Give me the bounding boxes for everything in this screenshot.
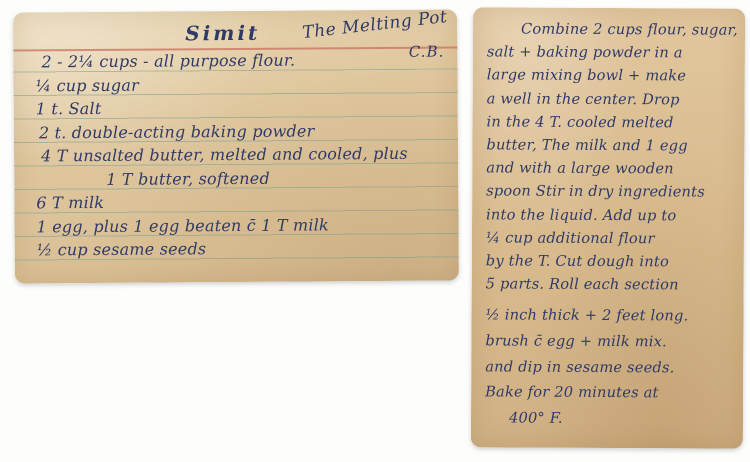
instruction-line: Bake for 20 minutes at [485, 380, 739, 407]
recipe-card-ingredients: Simit The Melting Pot C.B. 2 - 2¼ cups -… [13, 9, 459, 283]
recipe-card-instructions: Combine 2 cups flour, sugar, salt + baki… [471, 7, 745, 448]
ingredient-line: ½ cup sesame seeds [27, 235, 457, 262]
recipe-source: The Melting Pot [301, 7, 448, 43]
instruction-line: 400° F. [485, 405, 739, 432]
instruction-line: ¼ cup additional flour [486, 226, 740, 251]
ingredient-line: 4 T unsalted butter, melted and cooled, … [26, 141, 456, 168]
instructions-text: Combine 2 cups flour, sugar, salt + baki… [485, 17, 741, 432]
recipe-cards-photo: Simit The Melting Pot C.B. 2 - 2¼ cups -… [0, 0, 750, 462]
ingredients-list: 2 - 2¼ cups - all purpose flour. ¼ cup s… [25, 47, 456, 261]
ingredient-line: 6 T milk [26, 188, 456, 215]
instruction-line: spoon Stir in dry ingredients [486, 180, 740, 205]
ingredient-line: ¼ cup sugar [25, 71, 455, 98]
instruction-line: and with a large wooden [486, 157, 740, 182]
ingredient-line: 1 T butter, softened [26, 165, 456, 192]
instruction-line: in the 4 T. cooled melted [486, 110, 740, 135]
ingredient-line: 2 - 2¼ cups - all purpose flour. [25, 47, 455, 74]
instruction-line: by the T. Cut dough into [486, 249, 740, 274]
ingredient-line: 2 t. double-acting baking powder [26, 118, 456, 145]
instruction-line: and dip in sesame seeds. [485, 354, 739, 381]
instruction-line: salt + baking powder in a [487, 41, 741, 66]
instruction-line: a well in the center. Drop [487, 87, 741, 112]
instruction-line: ½ inch thick + 2 feet long. [485, 303, 739, 330]
instruction-line: butter, The milk and 1 egg [486, 133, 740, 158]
instruction-line: Combine 2 cups flour, sugar, [487, 17, 741, 42]
instruction-line: large mixing bowl + make [487, 64, 741, 89]
ingredient-line: 1 t. Salt [26, 94, 456, 121]
recipe-title: Simit [185, 21, 260, 46]
instruction-line: 5 parts. Roll each section [486, 273, 740, 298]
ingredient-line: 1 egg, plus 1 egg beaten c̄ 1 T milk [26, 212, 456, 239]
instruction-line: into the liquid. Add up to [486, 203, 740, 228]
instruction-line: brush c̄ egg + milk mix. [485, 328, 739, 355]
